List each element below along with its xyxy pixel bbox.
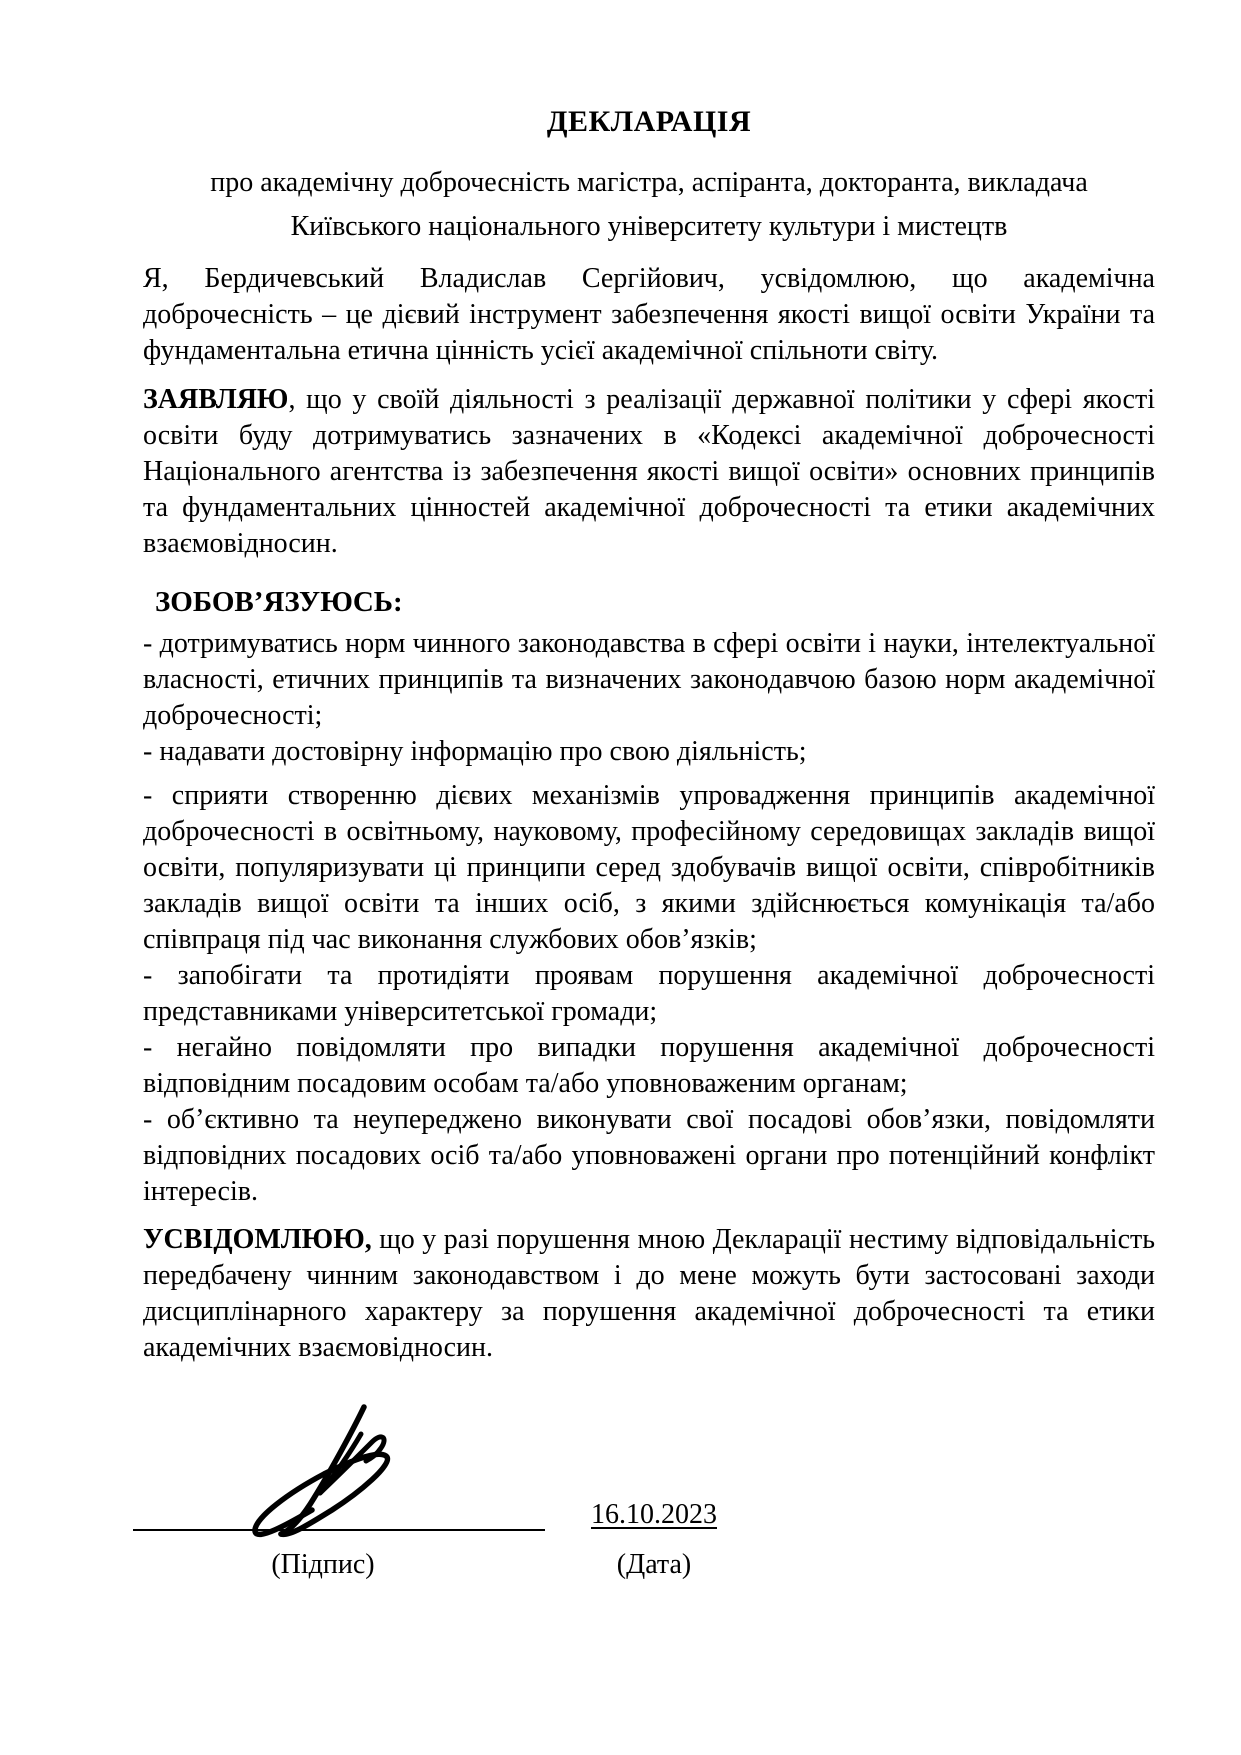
- signature-line: [133, 1529, 545, 1531]
- declaration-document: ДЕКЛАРАЦІЯ про академічну доброчесність …: [143, 102, 1155, 1366]
- commitment-item: - надавати достовірну інформацію про сво…: [143, 734, 1155, 770]
- acknowledge-lead-word: УСВІДОМЛЮЮ,: [143, 1224, 372, 1255]
- signature-caption: (Підпис): [238, 1548, 408, 1582]
- commitment-item: - запобігати та протидіяти проявам поруш…: [143, 958, 1155, 1030]
- commitment-item: - сприяти створенню дієвих механізмів уп…: [143, 778, 1155, 958]
- declare-lead-word: ЗАЯВЛЯЮ: [143, 384, 288, 415]
- declare-paragraph: ЗАЯВЛЯЮ, що у своїй діяльності з реаліза…: [143, 382, 1155, 562]
- commitment-item: - об’єктивно та неупереджено виконувати …: [143, 1102, 1155, 1210]
- signature-scribble: [248, 1404, 398, 1546]
- acknowledge-paragraph: УСВІДОМЛЮЮ, що у разі порушення мною Дек…: [143, 1222, 1155, 1366]
- document-subtitle: про академічну доброчесність магістра, а…: [143, 162, 1155, 204]
- document-title: ДЕКЛАРАЦІЯ: [143, 102, 1155, 142]
- date-caption: (Дата): [586, 1548, 722, 1582]
- intro-paragraph: Я, Бердичевський Владислав Сергійович, у…: [143, 261, 1155, 369]
- declare-text: , що у своїй діяльності з реалізації дер…: [143, 384, 1155, 559]
- date-value: 16.10.2023: [586, 1499, 722, 1531]
- institution-line: Київського національного університету ку…: [143, 206, 1155, 248]
- commitment-item: - негайно повідомляти про випадки поруше…: [143, 1030, 1155, 1102]
- commitment-item: - дотримуватись норм чинного законодавст…: [143, 626, 1155, 734]
- commitments-heading: ЗОБОВ’ЯЗУЮСЬ:: [143, 583, 1155, 621]
